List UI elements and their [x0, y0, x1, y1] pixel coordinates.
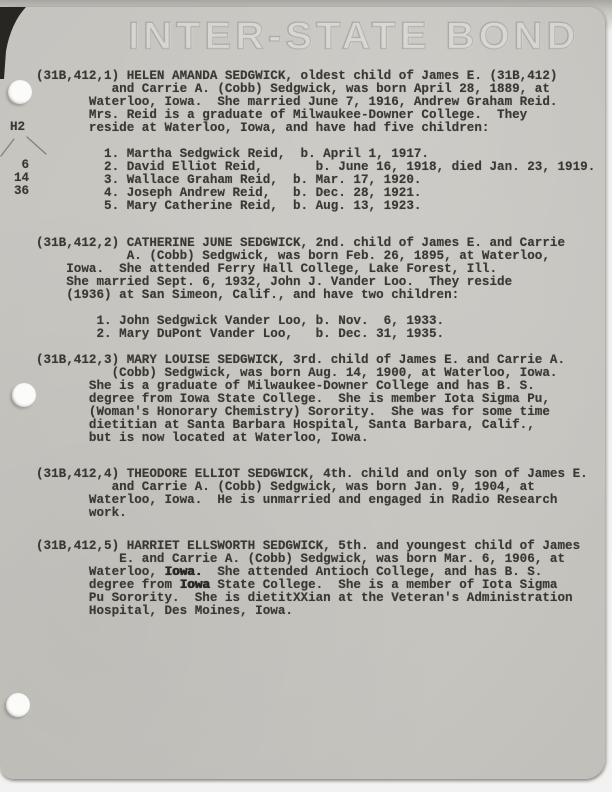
genealogy-entry-theodore-elliot-sedgwick: (31B,412,4) THEODORE ELLIOT SEDGWICK, 4t… — [36, 468, 588, 520]
margin-reference-numbers: 6 14 36 — [14, 159, 29, 198]
punch-hole-top — [8, 80, 32, 104]
paper-watermark: INTER-STATE BOND — [128, 15, 608, 58]
genealogy-entry-helen-amanda-sedgwick: (31B,412,1) HELEN AMANDA SEDGWICK, oldes… — [36, 70, 595, 213]
overstruck-words: Iowa. Iowa — [36, 540, 210, 592]
scanned-page: INTER-STATE BOND H2 6 14 36 (31B,412,1) … — [0, 7, 605, 779]
genealogy-entry-catherine-june-sedgwick: (31B,412,2) CATHERINE JUNE SEDGWICK, 2nd… — [36, 237, 565, 341]
genealogy-entry-mary-louise-sedgwick: (31B,412,3) MARY LOUISE SEDGWICK, 3rd. c… — [36, 354, 565, 445]
punch-hole-middle — [12, 383, 36, 407]
torn-corner-shadow — [0, 7, 32, 79]
punch-hole-bottom — [6, 693, 30, 717]
